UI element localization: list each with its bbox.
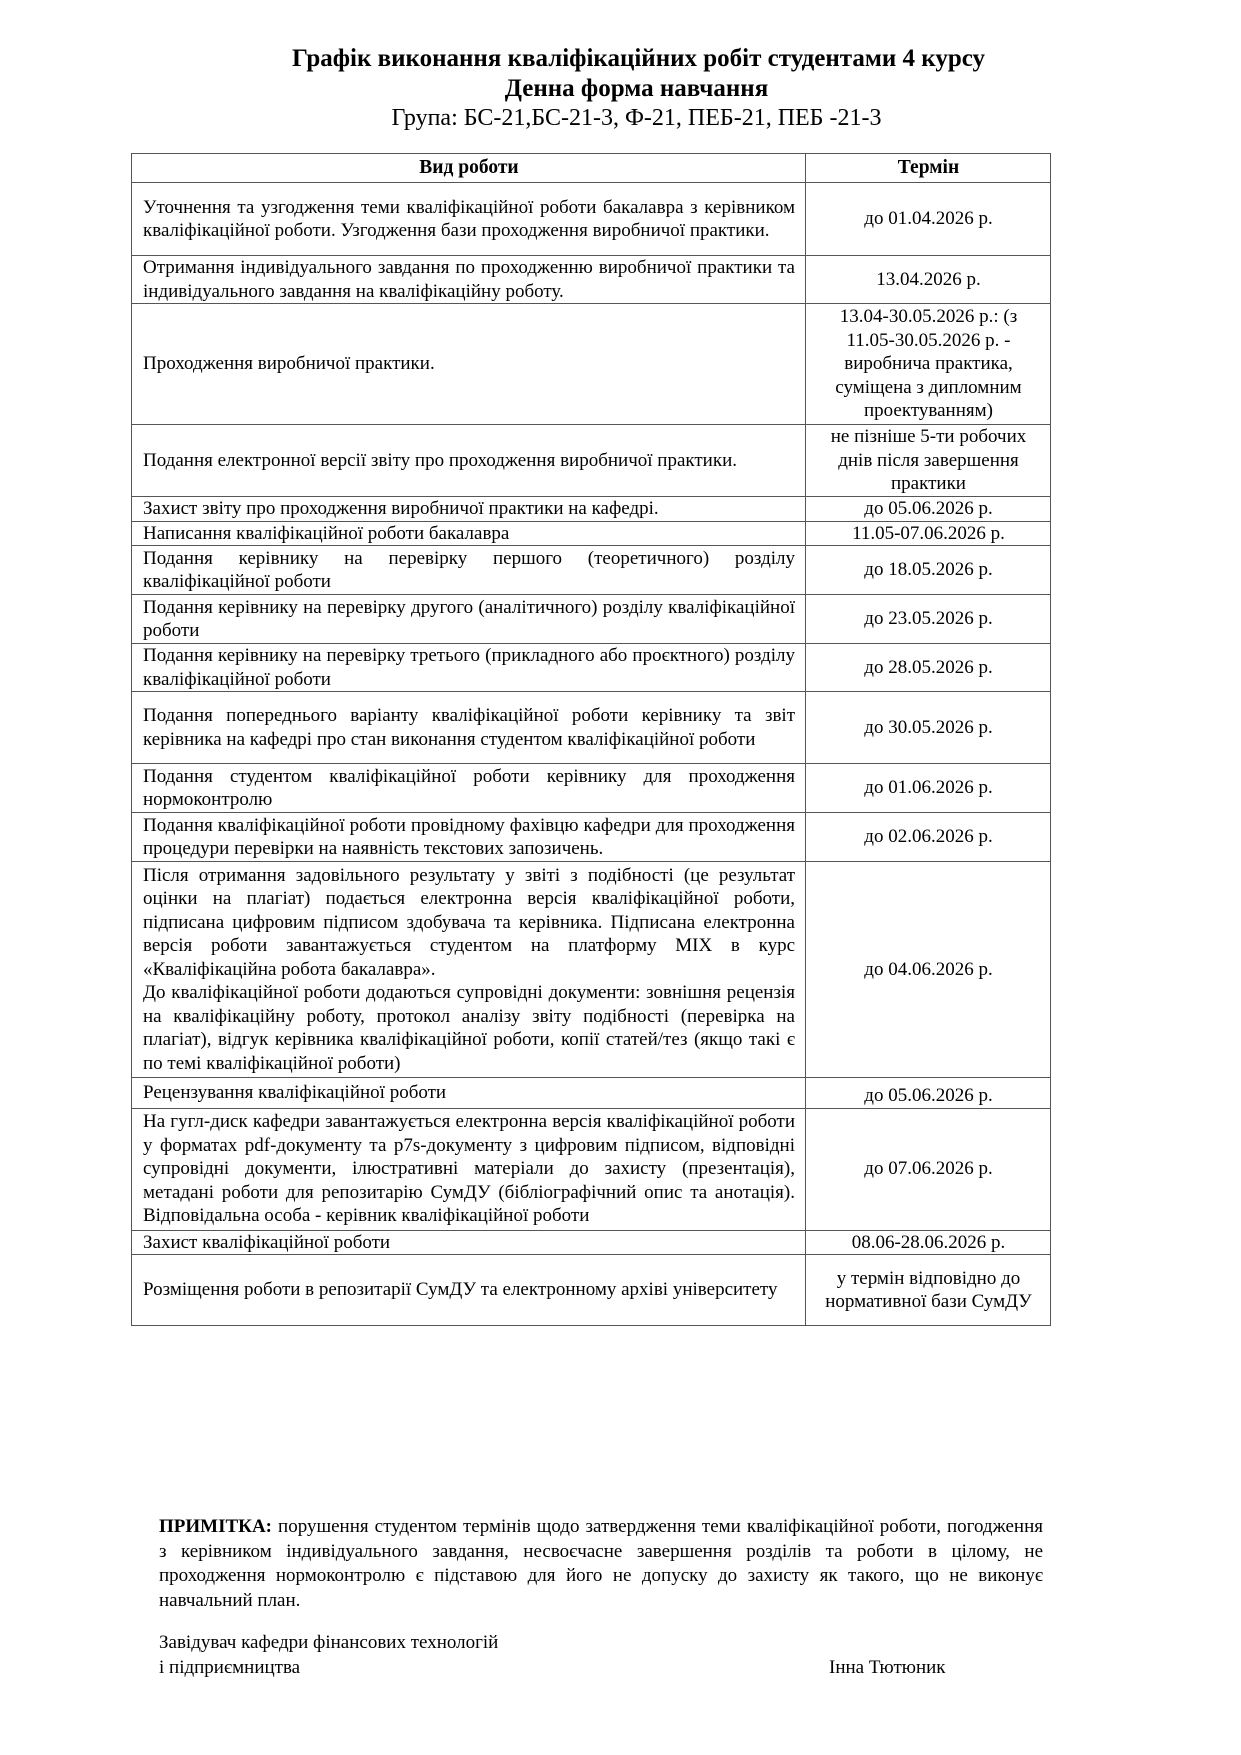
work-cell: Розміщення роботи в репозитарії СумДУ та… — [132, 1255, 806, 1326]
signatory-position-line2: і підприємництва — [159, 1656, 300, 1680]
column-header-work: Вид роботи — [132, 154, 806, 183]
work-cell: Захист кваліфікаційної роботи — [132, 1230, 806, 1255]
work-cell: На гугл-диск кафедри завантажується елек… — [132, 1108, 806, 1230]
work-cell: Отримання індивідуального завдання по пр… — [132, 256, 806, 304]
work-cell: Подання керівнику на перевірку другого (… — [132, 595, 806, 644]
work-cell: Рецензування кваліфікаційної роботи — [132, 1078, 806, 1109]
table-row: Отримання індивідуального завдання по пр… — [132, 256, 1051, 304]
term-cell: до 07.06.2026 р. — [806, 1108, 1051, 1230]
document-subtitle: Денна форма навчання — [16, 74, 1241, 104]
table-row: Рецензування кваліфікаційної роботи до 0… — [132, 1078, 1051, 1109]
term-cell: до 30.05.2026 р. — [806, 692, 1051, 764]
term-cell: у термін відповідно до нормативної бази … — [806, 1255, 1051, 1326]
table-row: Подання керівнику на перевірку третього … — [132, 644, 1051, 692]
term-cell: 11.05-07.06.2026 р. — [806, 521, 1051, 546]
table-row: На гугл-диск кафедри завантажується елек… — [132, 1108, 1051, 1230]
work-cell-paragraph: До кваліфікаційної роботи додаються супр… — [143, 981, 795, 1075]
term-cell: до 28.05.2026 р. — [806, 644, 1051, 692]
document-title: Графік виконання кваліфікаційних робіт с… — [18, 44, 1241, 74]
table-row: Подання електронної версії звіту про про… — [132, 425, 1051, 497]
table-row: Після отримання задовільного результату … — [132, 862, 1051, 1078]
table-row: Захист кваліфікаційної роботи 08.06-28.0… — [132, 1230, 1051, 1255]
work-cell: Подання керівнику на перевірку першого (… — [132, 546, 806, 595]
work-cell: Подання керівнику на перевірку третього … — [132, 644, 806, 692]
table-row: Уточнення та узгодження теми кваліфікаці… — [132, 183, 1051, 256]
table-row: Проходження виробничої практики. 13.04-3… — [132, 304, 1051, 425]
note-text: порушення студентом термінів щодо затвер… — [159, 1516, 1043, 1611]
table-row: Подання студентом кваліфікаційної роботи… — [132, 764, 1051, 813]
table-row: Подання попереднього варіанту кваліфікац… — [132, 692, 1051, 764]
work-cell: Після отримання задовільного результату … — [132, 862, 806, 1078]
term-cell: до 05.06.2026 р. — [806, 1078, 1051, 1109]
table-row: Подання кваліфікаційної роботи провідном… — [132, 813, 1051, 862]
work-cell: Подання кваліфікаційної роботи провідном… — [132, 813, 806, 862]
term-cell: до 05.06.2026 р. — [806, 496, 1051, 521]
table-row: Написання кваліфікаційної роботи бакалав… — [132, 521, 1051, 546]
table-header-row: Вид роботи Термін — [132, 154, 1051, 183]
work-cell: Написання кваліфікаційної роботи бакалав… — [132, 521, 806, 546]
term-cell: 08.06-28.06.2026 р. — [806, 1230, 1051, 1255]
schedule-table: Вид роботи Термін Уточнення та узгодженн… — [131, 153, 1051, 1326]
term-cell: до 01.06.2026 р. — [806, 764, 1051, 813]
table-row: Розміщення роботи в репозитарії СумДУ та… — [132, 1255, 1051, 1326]
work-cell: Захист звіту про проходження виробничої … — [132, 496, 806, 521]
work-cell: Проходження виробничої практики. — [132, 304, 806, 425]
table-row: Подання керівнику на перевірку першого (… — [132, 546, 1051, 595]
term-cell: 13.04-30.05.2026 р.: (з 11.05-30.05.2026… — [806, 304, 1051, 425]
work-cell-paragraph: Після отримання задовільного результату … — [143, 864, 795, 982]
work-cell: Уточнення та узгодження теми кваліфікаці… — [132, 183, 806, 256]
term-cell: до 04.06.2026 р. — [806, 862, 1051, 1078]
term-cell: до 02.06.2026 р. — [806, 813, 1051, 862]
column-header-term: Термін — [806, 154, 1051, 183]
term-cell: до 23.05.2026 р. — [806, 595, 1051, 644]
work-cell: Подання студентом кваліфікаційної роботи… — [132, 764, 806, 813]
term-cell: 13.04.2026 р. — [806, 256, 1051, 304]
signatory-position-line1: Завідувач кафедри фінансових технологій — [159, 1631, 498, 1655]
note-paragraph: ПРИМІТКА: порушення студентом термінів щ… — [159, 1515, 1043, 1613]
table-row: Захист звіту про проходження виробничої … — [132, 496, 1051, 521]
table-row: Подання керівнику на перевірку другого (… — [132, 595, 1051, 644]
signatory-name: Інна Тютюник — [829, 1656, 946, 1680]
work-cell: Подання електронної версії звіту про про… — [132, 425, 806, 497]
work-cell: Подання попереднього варіанту кваліфікац… — [132, 692, 806, 764]
term-cell: не пізніше 5-ти робочих днів після завер… — [806, 425, 1051, 497]
groups-line: Група: БС-21,БС-21-3, Ф-21, ПЕБ-21, ПЕБ … — [16, 103, 1241, 133]
term-cell: до 01.04.2026 р. — [806, 183, 1051, 256]
term-cell: до 18.05.2026 р. — [806, 546, 1051, 595]
note-label: ПРИМІТКА: — [159, 1516, 272, 1537]
